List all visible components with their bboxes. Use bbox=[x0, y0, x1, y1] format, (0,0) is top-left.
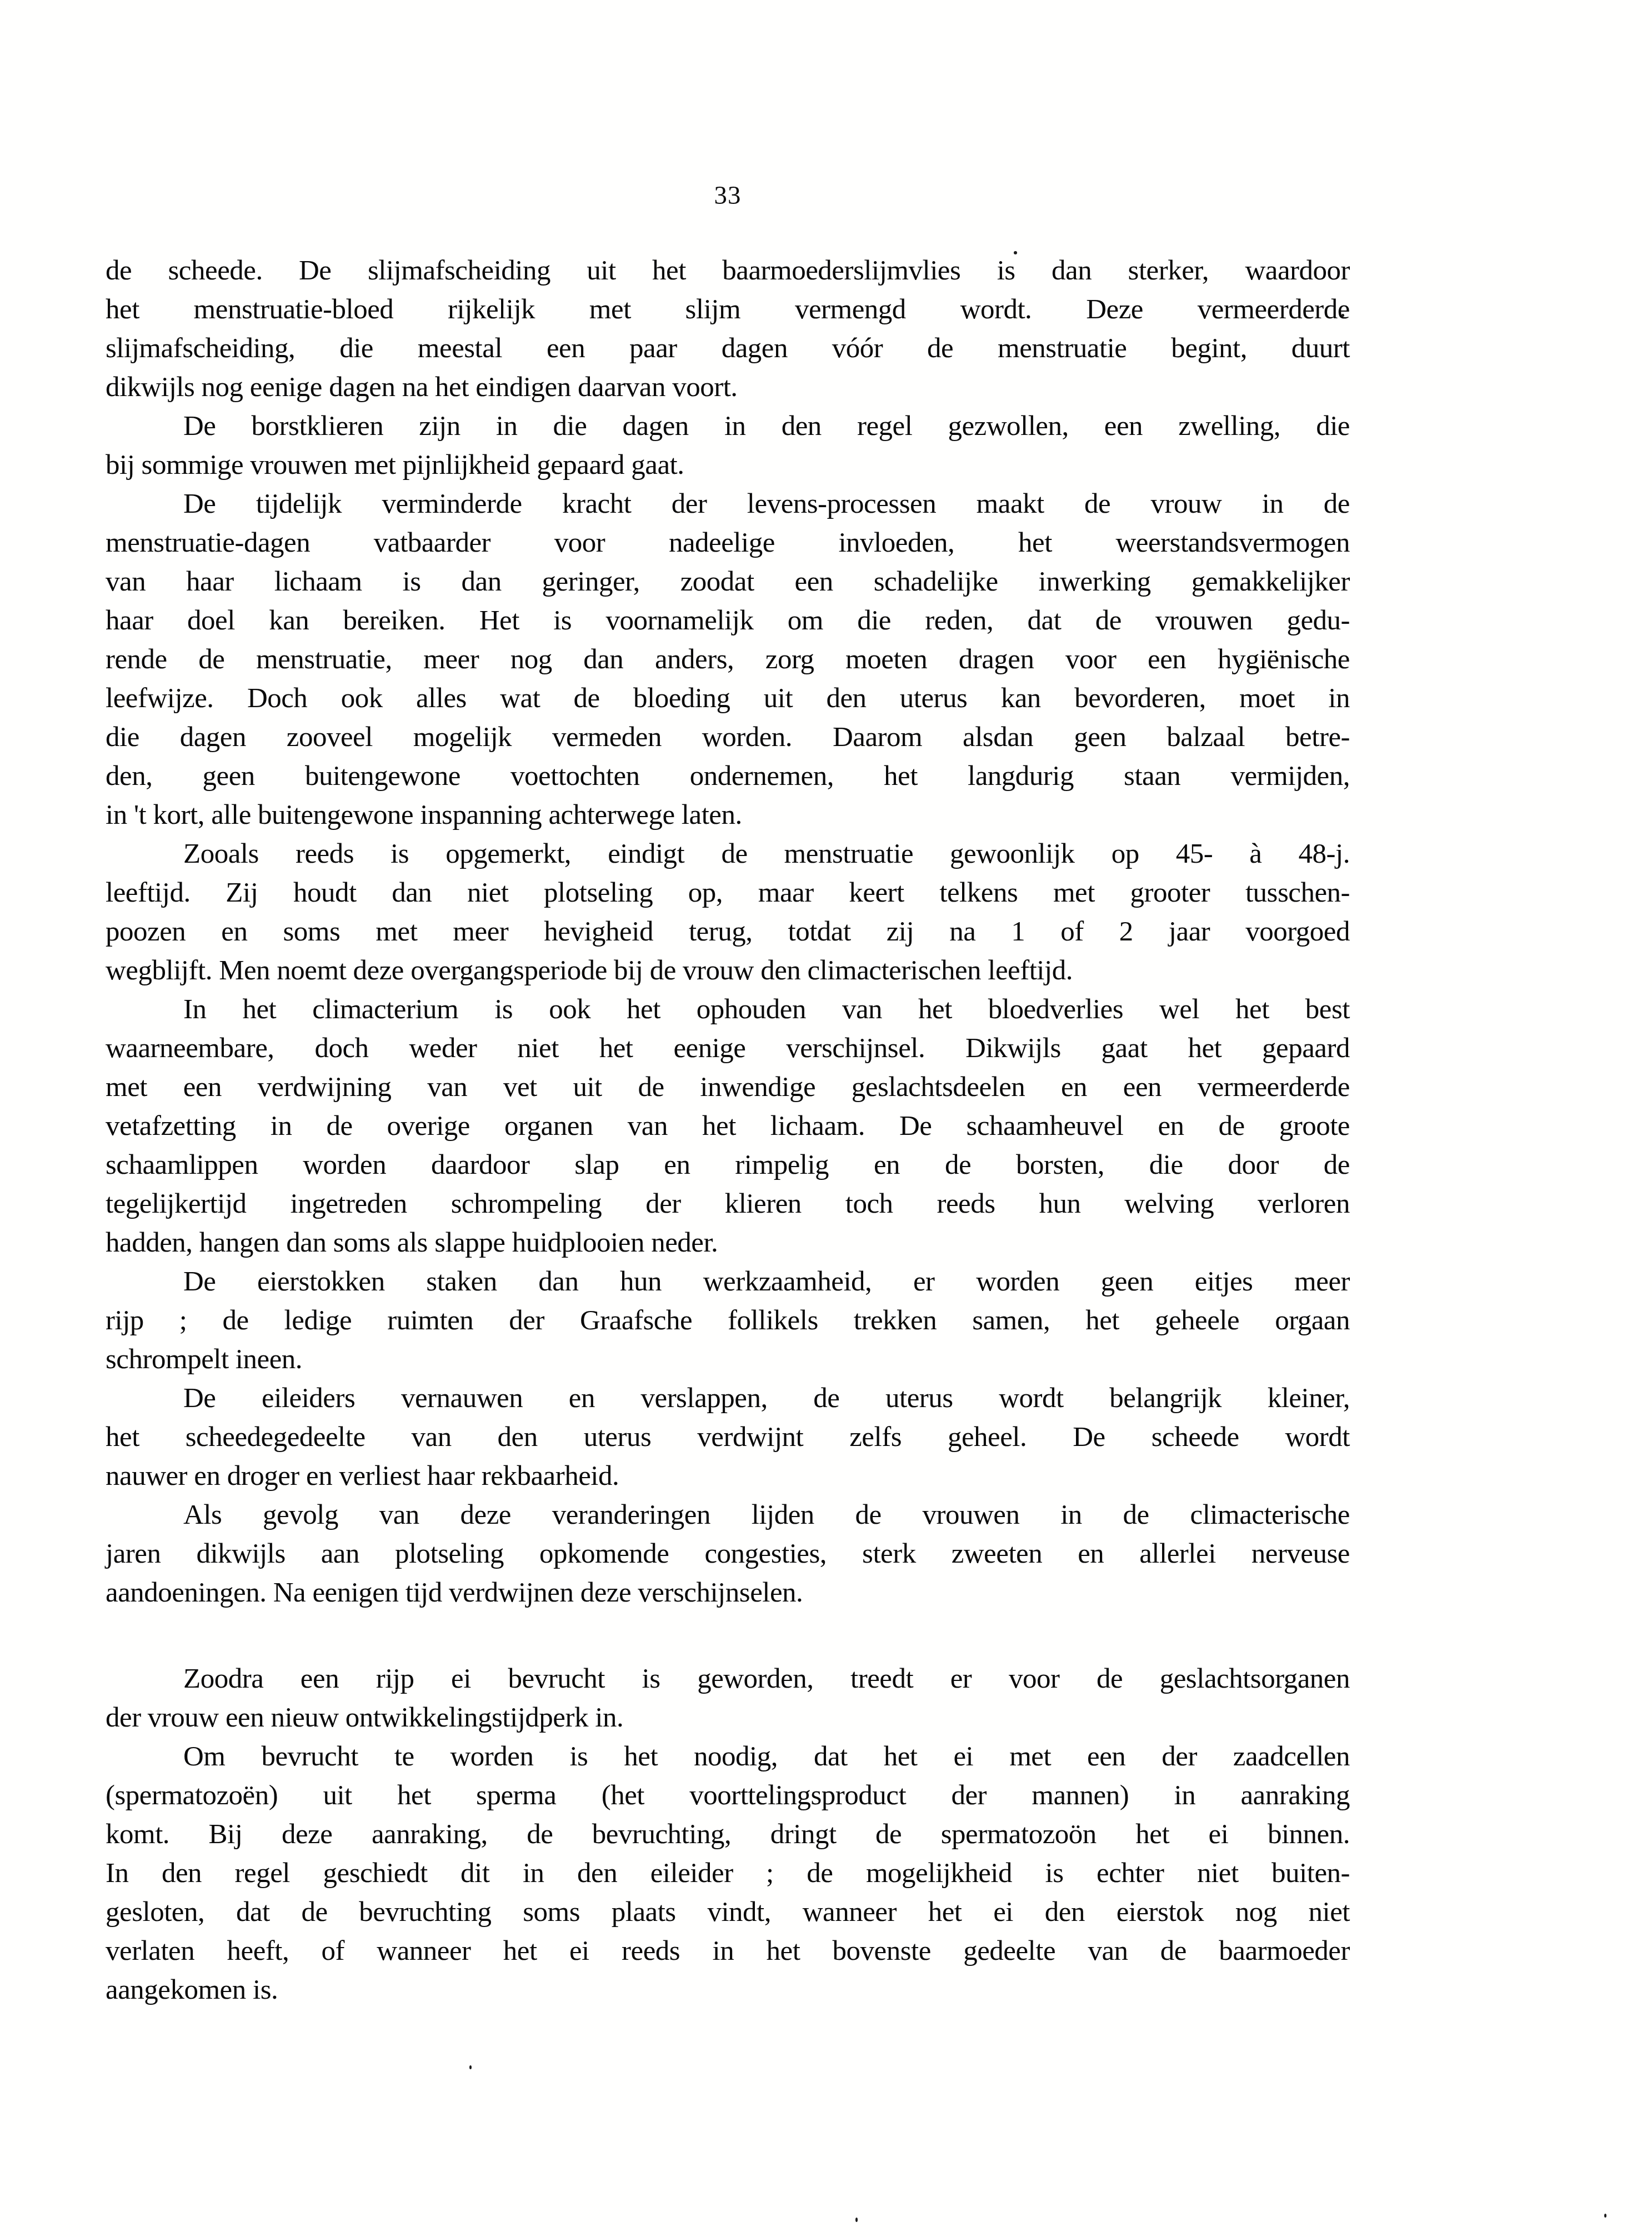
paragraph-7: De eileiders vernauwen en verslappen, de… bbox=[106, 1379, 1350, 1495]
text-line: in 't kort, alle buitengewone inspanning… bbox=[106, 795, 1350, 834]
text-line: verlaten heeft, of wanneer het ei reeds … bbox=[106, 1931, 1350, 1970]
scanned-page: 33 de scheede. De slijmafscheiding uit h… bbox=[0, 0, 1652, 2237]
text-line: wegblijft. Men noemt deze overgangsperio… bbox=[106, 951, 1350, 990]
text-line: hadden, hangen dan soms als slappe huidp… bbox=[106, 1223, 1350, 1262]
text-line: In den regel geschiedt dit in den eileid… bbox=[106, 1854, 1350, 1893]
text-line: de scheede. De slijmafscheiding uit het … bbox=[106, 251, 1350, 290]
text-line: Om bevrucht te worden is het noodig, dat… bbox=[106, 1737, 1350, 1776]
paragraph-4: Zooals reeds is opgemerkt, eindigt de me… bbox=[106, 834, 1350, 990]
text-line: De tijdelijk verminderde kracht der leve… bbox=[106, 484, 1350, 523]
text-line: (spermatozoën) uit het sperma (het voort… bbox=[106, 1776, 1350, 1815]
text-line: De eileiders vernauwen en verslappen, de… bbox=[106, 1379, 1350, 1418]
text-line: het scheedegedeelte van den uterus verdw… bbox=[106, 1418, 1350, 1457]
text-line: gesloten, dat de bevruchting soms plaats… bbox=[106, 1893, 1350, 1931]
text-line: komt. Bij deze aanraking, de bevruchting… bbox=[106, 1815, 1350, 1854]
text-line: leefwijze. Doch ook alles wat de bloedin… bbox=[106, 679, 1350, 718]
text-line: vetafzetting in de overige organen van h… bbox=[106, 1107, 1350, 1145]
text-line: waarneembare, doch weder niet het eenige… bbox=[106, 1029, 1350, 1068]
text-line: rende de menstruatie, meer nog dan ander… bbox=[106, 640, 1350, 679]
scan-speck bbox=[855, 2218, 858, 2222]
text-line: leeftijd. Zij houdt dan niet plotseling … bbox=[106, 873, 1350, 912]
text-line: In het climacterium is ook het ophouden … bbox=[106, 990, 1350, 1029]
text-line: den, geen buitengewone voettochten onder… bbox=[106, 757, 1350, 795]
text-line: rijp ; de ledige ruimten der Graafsche f… bbox=[106, 1301, 1350, 1340]
paragraph-8: Als gevolg van deze veranderingen lijden… bbox=[106, 1495, 1350, 1612]
text-line: Als gevolg van deze veranderingen lijden… bbox=[106, 1495, 1350, 1534]
text-line: bij sommige vrouwen met pijnlijkheid gep… bbox=[106, 446, 1350, 484]
body-text: de scheede. De slijmafscheiding uit het … bbox=[106, 251, 1350, 2009]
paragraph-1: de scheede. De slijmafscheiding uit het … bbox=[106, 251, 1350, 407]
text-line: het menstruatie-bloed rijkelijk met slij… bbox=[106, 290, 1350, 329]
text-line: schrompelt ineen. bbox=[106, 1340, 1350, 1379]
text-line: aangekomen is. bbox=[106, 1970, 1350, 2009]
paragraph-9: Zoodra een rijp ei bevrucht is geworden,… bbox=[106, 1659, 1350, 1737]
scan-speck bbox=[1604, 2214, 1606, 2218]
scan-speck bbox=[469, 2065, 472, 2069]
scan-speck bbox=[1014, 251, 1017, 254]
text-line: Zooals reeds is opgemerkt, eindigt de me… bbox=[106, 834, 1350, 873]
paragraph-10: Om bevrucht te worden is het noodig, dat… bbox=[106, 1737, 1350, 2009]
paragraph-5: In het climacterium is ook het ophouden … bbox=[106, 990, 1350, 1262]
text-line: met een verdwijning van vet uit de inwen… bbox=[106, 1068, 1350, 1107]
paragraph-3: De tijdelijk verminderde kracht der leve… bbox=[106, 484, 1350, 834]
text-line: De eierstokken staken dan hun werkzaamhe… bbox=[106, 1262, 1350, 1301]
text-line: Zoodra een rijp ei bevrucht is geworden,… bbox=[106, 1659, 1350, 1698]
text-line: menstruatie-dagen vatbaarder voor nadeel… bbox=[106, 523, 1350, 562]
paragraph-6: De eierstokken staken dan hun werkzaamhe… bbox=[106, 1262, 1350, 1379]
text-line: haar doel kan bereiken. Het is voornamel… bbox=[106, 601, 1350, 640]
text-line: die dagen zooveel mogelijk vermeden word… bbox=[106, 718, 1350, 757]
page-number: 33 bbox=[106, 181, 1350, 211]
text-line: van haar lichaam is dan geringer, zoodat… bbox=[106, 562, 1350, 601]
text-line: jaren dikwijls aan plotseling opkomende … bbox=[106, 1534, 1350, 1573]
text-line: poozen en soms met meer hevigheid terug,… bbox=[106, 912, 1350, 951]
text-line: aandoeningen. Na eenigen tijd verdwijnen… bbox=[106, 1573, 1350, 1612]
paragraph-2: De borstklieren zijn in die dagen in den… bbox=[106, 407, 1350, 484]
text-line: tegelijkertijd ingetreden schrompeling d… bbox=[106, 1184, 1350, 1223]
text-line: nauwer en droger en verliest haar rekbaa… bbox=[106, 1457, 1350, 1495]
text-line: slijmafscheiding, die meestal een paar d… bbox=[106, 329, 1350, 368]
text-line: dikwijls nog eenige dagen na het eindige… bbox=[106, 368, 1350, 407]
scan-speck bbox=[1341, 314, 1344, 317]
text-line: schaamlippen worden daardoor slap en rim… bbox=[106, 1145, 1350, 1184]
text-line: De borstklieren zijn in die dagen in den… bbox=[106, 407, 1350, 446]
text-line: der vrouw een nieuw ontwikkelingstijdper… bbox=[106, 1698, 1350, 1737]
